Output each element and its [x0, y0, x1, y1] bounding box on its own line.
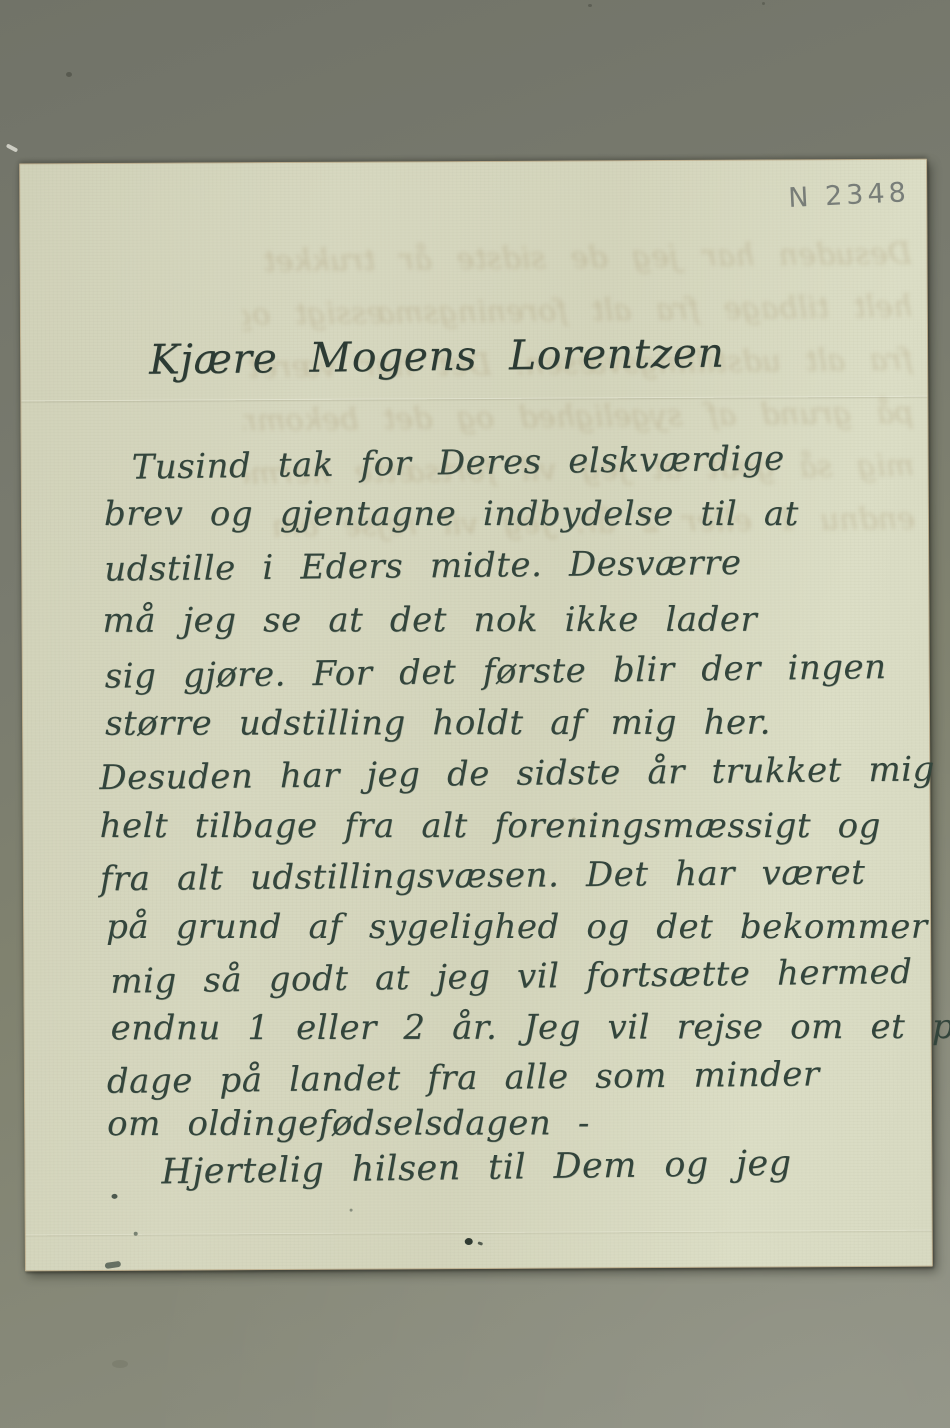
fold-crease [26, 1230, 932, 1236]
dust-speck [66, 72, 72, 77]
scratch-mark [6, 143, 18, 152]
letter-line: mig så godt at jeg vil fortsætte hermed [110, 954, 912, 1001]
letter-line: større udstilling holdt af mig her. [105, 705, 771, 744]
letter-line: fra alt udstillingsvæsen. Det har været [100, 855, 866, 899]
photo-backdrop: Desuden har jeg de sidste år trukket mig… [0, 0, 950, 1428]
dust-speck [112, 1360, 128, 1368]
fold-crease [21, 396, 927, 402]
letter-line: endnu 1 eller 2 år. Jeg vil rejse om et … [111, 1009, 950, 1048]
paper-blemish [572, 817, 577, 821]
bleed-through-line: Desuden har jeg de sidste år trukket mig [241, 227, 912, 288]
letter-page: Desuden har jeg de sidste år trukket mig… [19, 159, 933, 1272]
letter-line: sig gjøre. For det første blir der ingen [105, 649, 887, 696]
ink-spot [112, 1194, 118, 1199]
letter-line: Tusind tak for Deres elskværdige [131, 441, 784, 488]
salutation-line: Kjære Mogens Lorentzen [149, 331, 725, 383]
ink-spot [465, 1238, 473, 1245]
letter-line: brev og gjentagne indbydelse til at [104, 496, 799, 533]
closing-line: Hjertelig hilsen til Dem og jeg [161, 1145, 792, 1192]
letter-line: helt tilbage fra alt foreningsmæssigt og [100, 808, 881, 845]
letter-line: dage på landet fra alle som minder [107, 1056, 820, 1101]
ink-spot [350, 1209, 353, 1212]
dust-speck [588, 4, 592, 7]
letter-line: udstille i Eders midte. Desværre [104, 545, 742, 589]
ink-spot [477, 1241, 483, 1246]
ink-spot [134, 1232, 138, 1236]
letter-line: Desuden har jeg de sidste år trukket mig [99, 751, 935, 797]
dust-speck [762, 2, 765, 5]
letter-line: må jeg se at det nok ikke lader [102, 602, 757, 641]
ink-smudge [105, 1261, 122, 1269]
letter-line: på grund af sygelighed og det bekommer [106, 909, 928, 946]
letter-line: om oldingefødselsdagen - [107, 1105, 590, 1143]
archive-number: N 2348 [788, 177, 911, 214]
